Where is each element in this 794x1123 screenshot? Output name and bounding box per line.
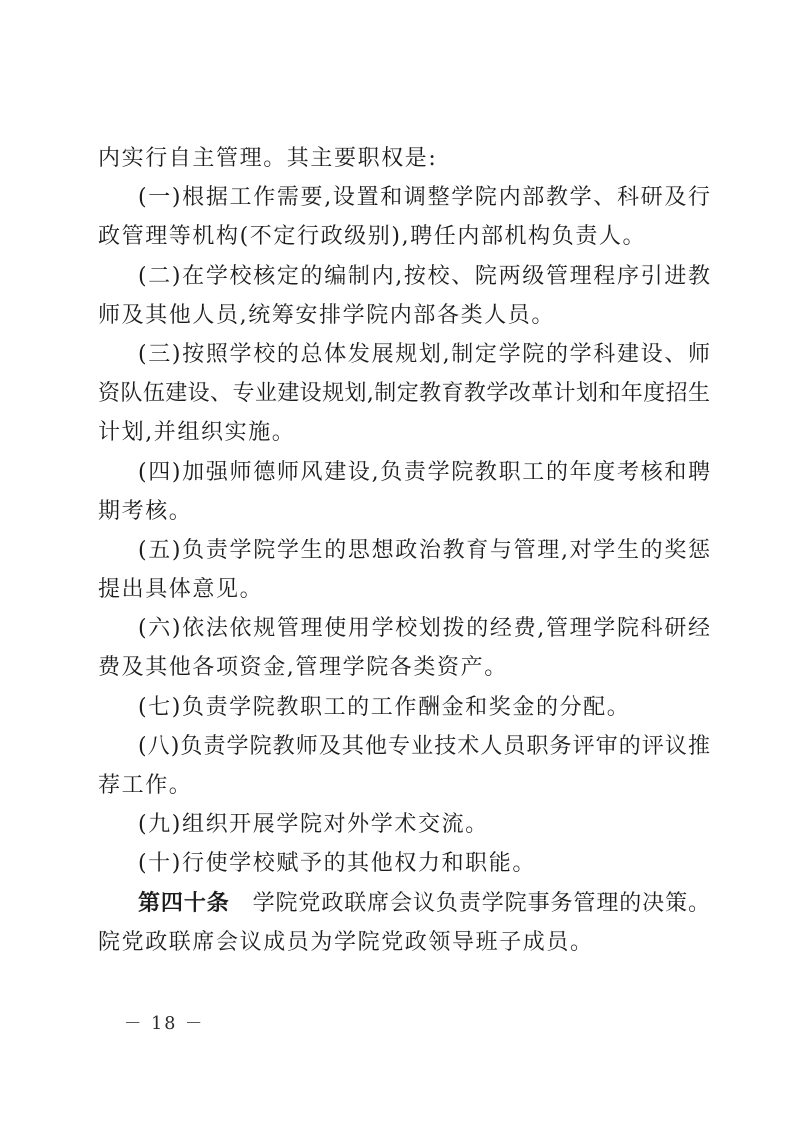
text-line: (一)根据工作需要,设置和调整学院内部教学、科研及行 [98,178,710,217]
article-number-term: 第四十条 [138,890,230,916]
text-line: (六)依法依规管理使用学校划拨的经费,管理学院科研经 [98,609,710,648]
text-line: (三)按照学校的总体发展规划,制定学院的学科建设、师 [98,335,710,374]
text-line: (九)组织开展学院对外学术交流。 [98,805,710,844]
text-line: 第四十条 学院党政联席会议负责学院事务管理的决策。学 [98,884,710,923]
text-line: (十)行使学校赋予的其他权力和职能。 [98,844,710,883]
text-line: 提出具体意见。 [98,570,710,609]
text-line: 费及其他各项资金,管理学院各类资产。 [98,648,710,687]
text-line: 院党政联席会议成员为学院党政领导班子成员。 [98,923,710,962]
text-line: 内实行自主管理。其主要职权是: [98,139,710,178]
text-line: 荐工作。 [98,766,710,805]
text-line: (五)负责学院学生的思想政治教育与管理,对学生的奖惩 [98,531,710,570]
text-line: (七)负责学院教职工的工作酬金和奖金的分配。 [98,688,710,727]
text-line: 政管理等机构(不定行政级别),聘任内部机构负责人。 [98,217,710,256]
text-line: (八)负责学院教师及其他专业技术人员职务评审的评议推 [98,727,710,766]
text-line: 期考核。 [98,492,710,531]
text-line: 计划,并组织实施。 [98,413,710,452]
text-line: 师及其他人员,统筹安排学院内部各类人员。 [98,296,710,335]
document-body: 内实行自主管理。其主要职权是:(一)根据工作需要,设置和调整学院内部教学、科研及… [98,139,710,962]
text-line: (二)在学校核定的编制内,按校、院两级管理程序引进教 [98,257,710,296]
page-number-footer: － 18 － [124,1011,204,1037]
text-line: 资队伍建设、专业建设规划,制定教育教学改革计划和年度招生 [98,374,710,413]
document-page: 内实行自主管理。其主要职权是:(一)根据工作需要,设置和调整学院内部教学、科研及… [0,0,794,1123]
text-line: (四)加强师德师风建设,负责学院教职工的年度考核和聘 [98,453,710,492]
